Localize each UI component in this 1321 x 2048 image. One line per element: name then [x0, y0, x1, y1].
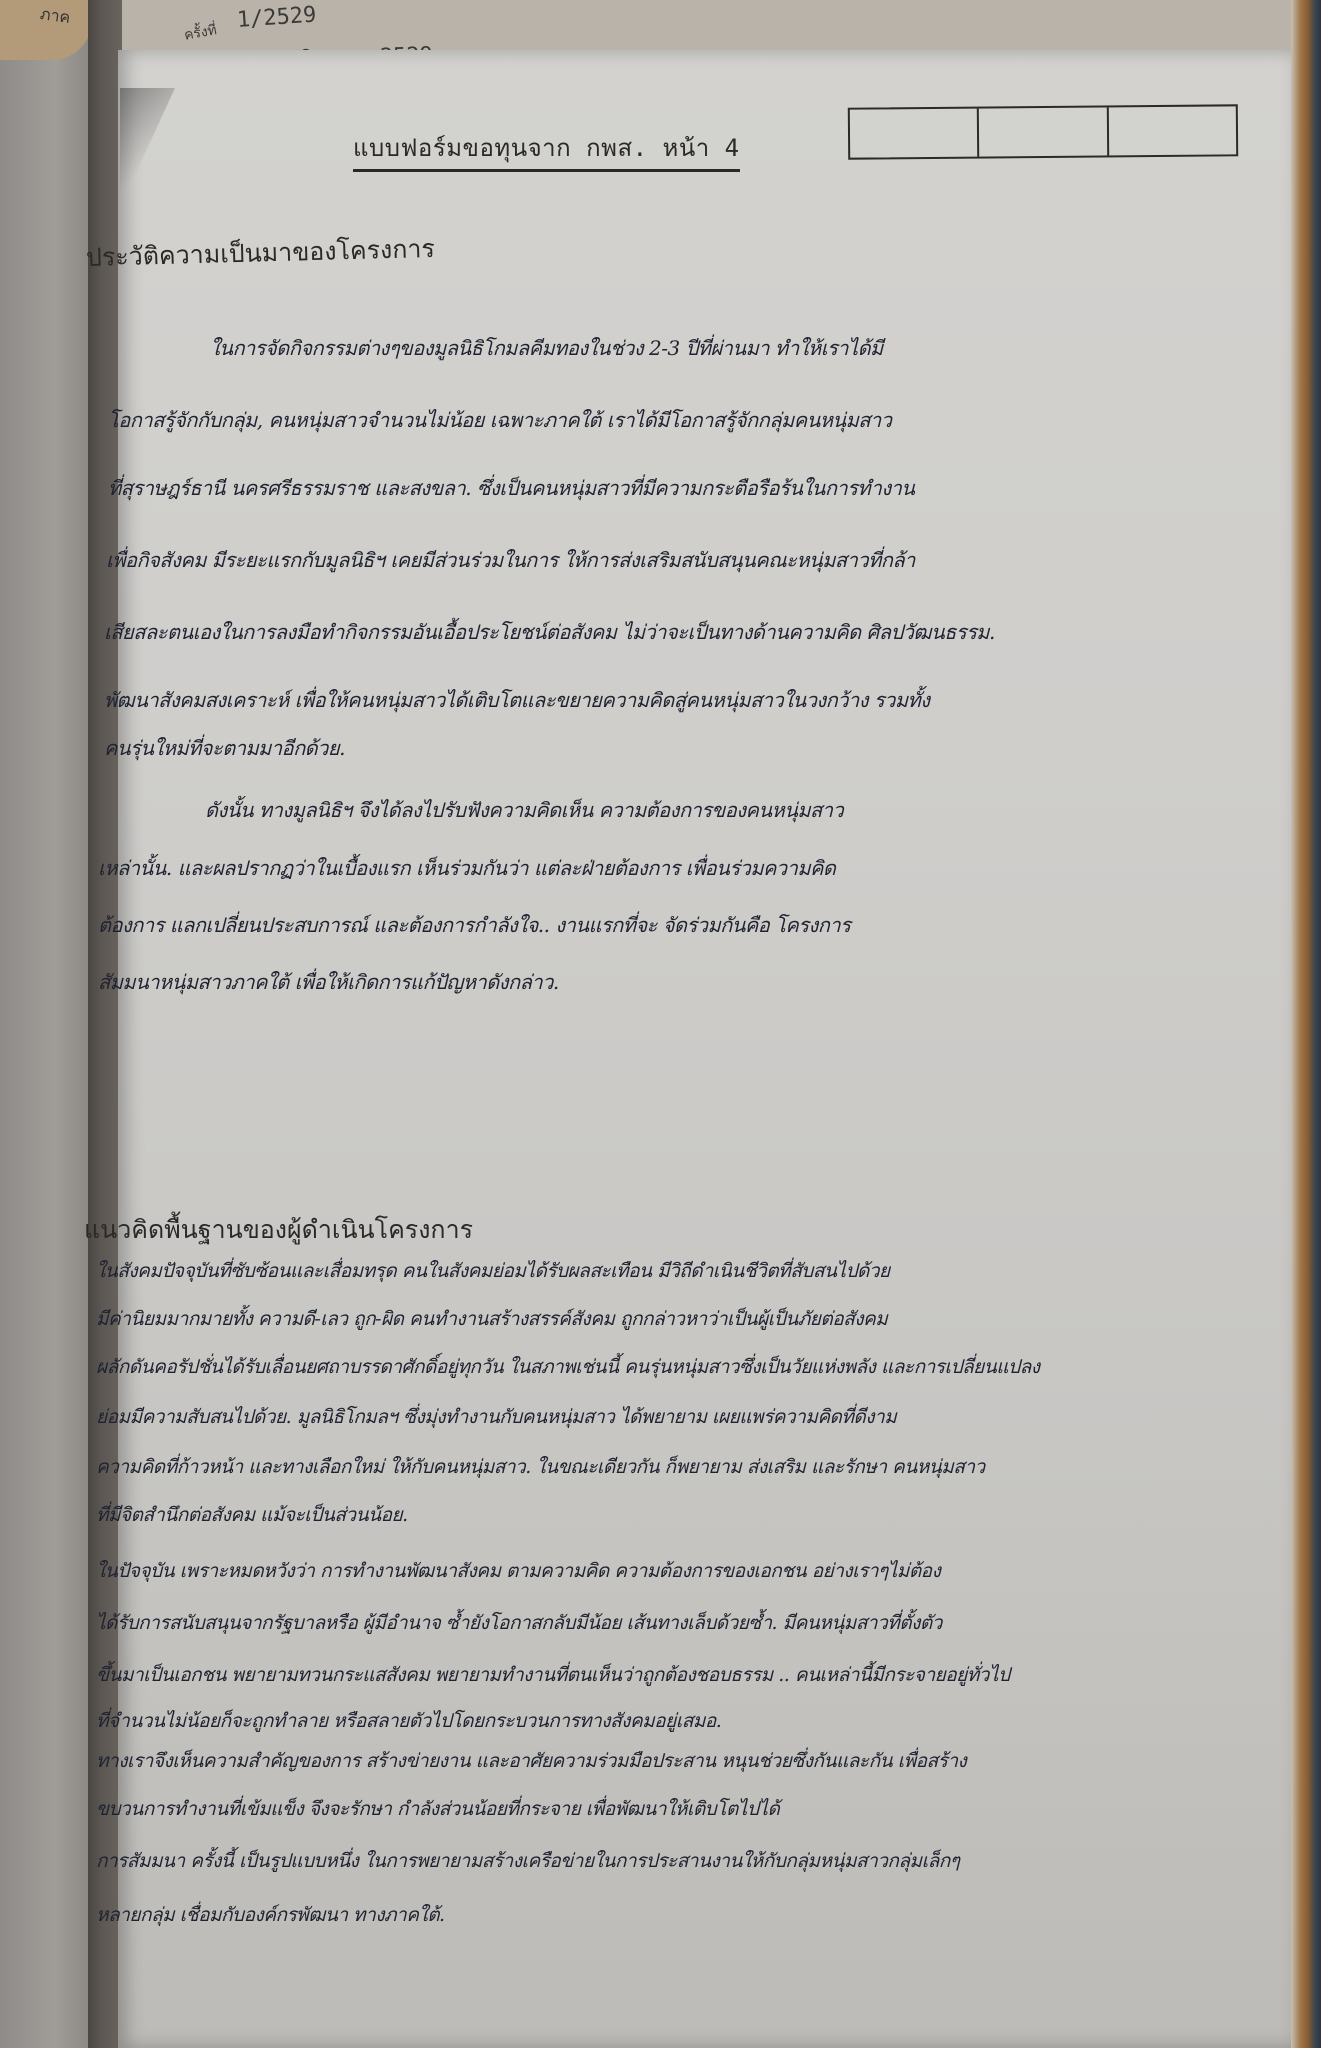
text-line: หลายกลุ่ม เชื่อมกับองค์กรพัฒนา ทางภาคใต้… — [96, 1906, 445, 1925]
text-line: ได้รับการสนับสนุนจากรัฐบาลหรือ ผู้มีอำนา… — [96, 1614, 942, 1633]
stamp-label-number: ครั้งที่ — [182, 19, 218, 46]
text-line: ที่มีจิตสำนึกต่อสังคม แม้จะเป็นส่วนน้อย. — [96, 1506, 408, 1525]
left-facing-page: ภาค — [0, 0, 92, 2048]
text-line: ในการจัดกิจกรรมต่างๆของมูลนิธิโกมลคีมทอง… — [210, 338, 883, 358]
text-line: ดังนั้น ทางมูลนิธิฯ จึงได้ลงไปรับฟังความ… — [205, 800, 843, 820]
code-box — [850, 109, 980, 158]
text-line: เหล่านั้น. และผลปรากฏว่าในเบื้องแรก เห็น… — [98, 858, 835, 878]
text-line: ขบวนการทำงานที่เข้มแข็ง จึงจะรักษา กำลัง… — [96, 1800, 779, 1819]
text-line: มีค่านิยมมากมายทั้ง ความดี-เลว ถูก-ผิด ค… — [96, 1310, 887, 1329]
code-box — [1108, 106, 1236, 155]
text-line: ผลักดันคอรัปชั่นได้รับเลื่อนยศถาบรรดาศัก… — [96, 1358, 1040, 1377]
text-line: ต้องการ แลกเปลี่ยนประสบการณ์ และต้องการก… — [98, 915, 850, 935]
stamp-number: 1/2529 — [236, 2, 317, 32]
text-line: ทางเราจึงเห็นความสำคัญของการ สร้างข่ายงา… — [96, 1752, 966, 1771]
section-heading-concept: แนวคิดพื้นฐานของผู้ดำเนินโครงการ — [84, 1210, 473, 1250]
binding-gutter — [88, 0, 122, 2048]
text-line: เพื่อกิจสังคม มีระยะแรกกับมูลนิธิฯ เคยมี… — [106, 550, 915, 570]
text-line: สัมมนาหนุ่มสาวภาคใต้ เพื่อให้เกิดการแก้ป… — [98, 972, 559, 992]
text-line: ย่อมมีความสับสนไปด้วย. มูลนิธิโกมลฯ ซึ่ง… — [96, 1408, 896, 1427]
text-line: ในสังคมปัจจุบันที่ซับซ้อนและเสื่อมทรุด ค… — [96, 1262, 890, 1281]
text-line: ที่สุราษฎร์ธานี นครศรีธรรมราช และสงขลา. … — [108, 478, 914, 498]
text-line: พัฒนาสังคมสงเคราะห์ เพื่อให้คนหนุ่มสาวได… — [104, 690, 929, 710]
text-line: ขึ้นมาเป็นเอกชน พยายามทวนกระแสสังคม พยาย… — [96, 1666, 1010, 1685]
text-line: การสัมมนา ครั้งนี้ เป็นรูปแบบหนึ่ง ในการ… — [96, 1852, 959, 1871]
text-line: คนรุ่นใหม่ที่จะตามมาอีกด้วย. — [104, 738, 345, 758]
form-header: แบบฟอร์มขอทุนจาก กพส. หน้า 4 — [353, 128, 740, 172]
code-box — [979, 107, 1109, 156]
text-line: ในปัจจุบัน เพราะหมดหวังว่า การทำงานพัฒนา… — [96, 1562, 940, 1581]
text-line: ความคิดที่ก้าวหน้า และทางเลือกใหม่ ให้กั… — [96, 1458, 985, 1477]
binder-edge — [1291, 0, 1321, 2048]
code-boxes — [848, 104, 1238, 159]
left-page-tab: ภาค — [0, 0, 92, 60]
text-line: เสียสละตนเองในการลงมือทำกิจกรรมอันเอื้อป… — [104, 622, 995, 642]
text-line: โอกาสรู้จักกับกลุ่ม, คนหนุ่มสาวจำนวนไม่น… — [108, 410, 891, 430]
text-line: ที่จำนวนไม่น้อยก็จะถูกทำลาย หรือสลายตัวไ… — [96, 1712, 721, 1731]
left-tab-text: ภาค — [38, 2, 71, 31]
